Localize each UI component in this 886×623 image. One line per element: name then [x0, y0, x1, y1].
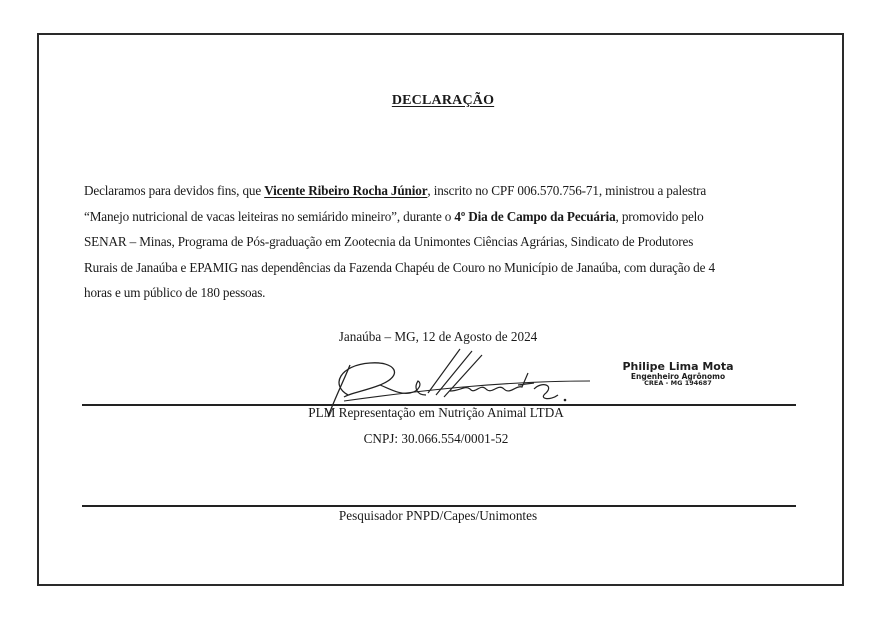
- document-border: [37, 33, 844, 586]
- body-line-3: SENAR – Minas, Programa de Pós-graduação…: [84, 229, 804, 255]
- body-text: Declaramos para devidos fins, que: [84, 183, 264, 198]
- stamp-registration: CREA - MG 194687: [618, 380, 738, 387]
- signature-line-2: [82, 505, 796, 507]
- company-name: PLM Representação em Nutrição Animal LTD…: [0, 405, 872, 421]
- title-text: DECLARAÇÃO: [392, 93, 494, 108]
- stamp-name: Philipe Lima Mota: [618, 361, 738, 373]
- body-line-5: horas e um público de 180 pessoas.: [84, 280, 804, 306]
- body-text: , promovido pelo: [616, 209, 704, 224]
- body-text: “Manejo nutricional de vacas leiteiras n…: [84, 209, 454, 224]
- document-title: DECLARAÇÃO: [0, 93, 886, 109]
- body-line-2: “Manejo nutricional de vacas leiteiras n…: [84, 204, 804, 230]
- body-line-4: Rurais de Janaúba e EPAMIG nas dependênc…: [84, 255, 804, 281]
- person-name: Vicente Ribeiro Rocha Júnior: [264, 183, 427, 198]
- event-name: 4º Dia de Campo da Pecuária: [454, 209, 615, 224]
- declaration-body: Declaramos para devidos fins, que Vicent…: [84, 178, 804, 306]
- researcher-role: Pesquisador PNPD/Capes/Unimontes: [0, 508, 876, 524]
- company-cnpj: CNPJ: 30.066.554/0001-52: [0, 431, 872, 447]
- place-date: Janaúba – MG, 12 de Agosto de 2024: [0, 329, 876, 345]
- professional-stamp: Philipe Lima Mota Engenheiro Agrônomo CR…: [618, 361, 738, 387]
- body-text: , inscrito no CPF 006.570.756-71, minist…: [427, 183, 706, 198]
- body-line-1: Declaramos para devidos fins, que Vicent…: [84, 178, 804, 204]
